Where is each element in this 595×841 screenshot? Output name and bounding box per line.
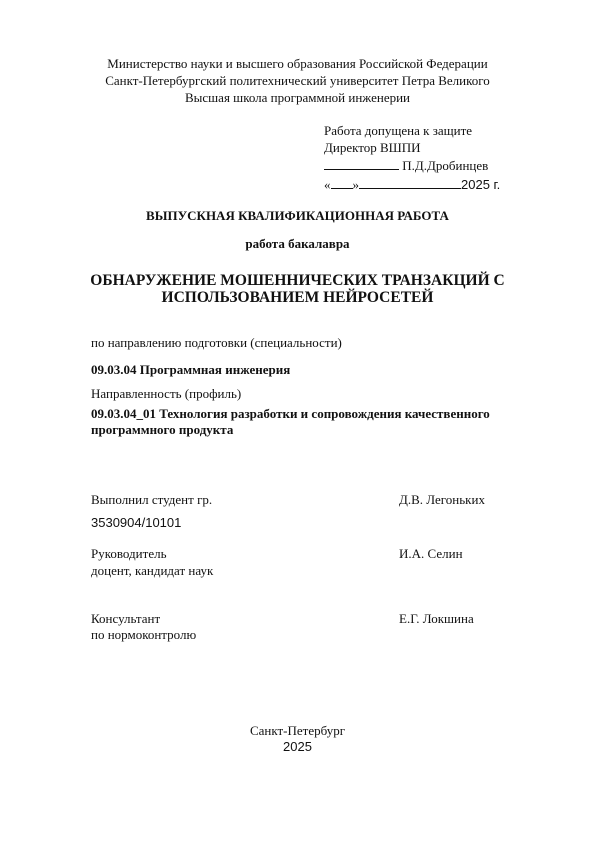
topic-line-2: ИСПОЛЬЗОВАНИЕМ НЕЙРОСЕТЕЙ <box>0 289 595 307</box>
profile-line-1: 09.03.04_01 Технология разработки и сопр… <box>91 406 490 422</box>
consultant-name: Е.Г. Локшина <box>399 611 474 627</box>
direction-label: по направлению подготовки (специальности… <box>91 335 342 351</box>
footer-city: Санкт-Петербург <box>0 723 595 739</box>
day-blank <box>331 176 353 189</box>
signature-line <box>324 157 399 170</box>
supervisor-role: Руководитель <box>91 546 167 562</box>
ministry-line: Министерство науки и высшего образования… <box>0 56 595 72</box>
approval-admitted: Работа допущена к защите <box>324 123 472 139</box>
approval-signer-row: П.Д.Дробинцев <box>324 157 488 174</box>
approval-signer: П.Д.Дробинцев <box>402 158 488 173</box>
work-type: ВЫПУСКНАЯ КВАЛИФИКАЦИОННАЯ РАБОТА <box>0 208 595 224</box>
supervisor-title: доцент, кандидат наук <box>91 563 213 579</box>
university-line: Санкт-Петербургский политехнический унив… <box>0 73 595 89</box>
degree: работа бакалавра <box>0 236 595 252</box>
student-group: 3530904/10101 <box>91 515 181 531</box>
profile-line-2: программного продукта <box>91 422 233 438</box>
approval-director: Директор ВШПИ <box>324 140 421 156</box>
month-blank <box>359 176 461 189</box>
student-role: Выполнил студент гр. <box>91 492 212 508</box>
approval-date-row: «»2025 г. <box>324 176 500 193</box>
direction-value: 09.03.04 Программная инженерия <box>91 362 290 378</box>
supervisor-name: И.А. Селин <box>399 546 463 562</box>
school-line: Высшая школа программной инженерии <box>0 90 595 106</box>
footer-year: 2025 <box>0 739 595 755</box>
consultant-area: по нормоконтролю <box>91 627 196 643</box>
profile-label: Направленность (профиль) <box>91 386 241 402</box>
consultant-role: Консультант <box>91 611 160 627</box>
student-name: Д.В. Легоньких <box>399 492 485 508</box>
topic-line-1: ОБНАРУЖЕНИЕ МОШЕННИЧЕСКИХ ТРАНЗАКЦИЙ С <box>0 272 595 290</box>
approval-year: 2025 г. <box>461 177 500 192</box>
